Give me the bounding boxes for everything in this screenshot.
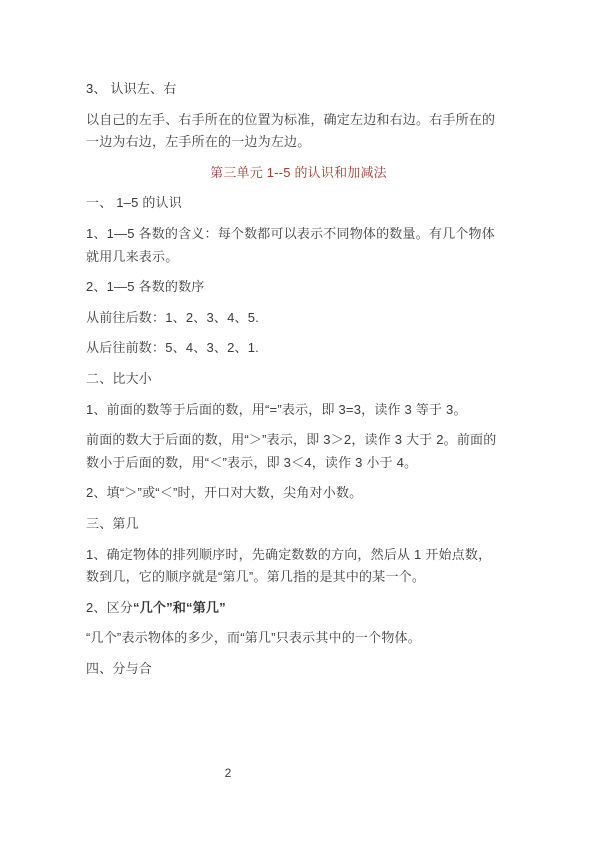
heading-know-left-right: 3、 认识左、右	[86, 78, 504, 101]
paragraph-equals-sign: 1、前面的数等于后面的数，用“=”表示，即 3=3，读作 3 等于 3。	[86, 399, 504, 422]
heading-section-4: 四、分与合	[86, 658, 504, 681]
document-page: 3、 认识左、右 以自己的左手、右手所在的位置为标准，确定左边和右边。右手所在的…	[0, 0, 595, 842]
heading-section-3: 三、第几	[86, 513, 504, 536]
paragraph-greater-less-sign: 前面的数大于后面的数，用“＞”表示，即 3＞2，读作 3 大于 2。前面的数小于…	[86, 429, 504, 474]
paragraph-ordinal-rule: 1、确定物体的排列顺序时，先确定数数的方向，然后从 1 开始点数，数到几，它的顺…	[86, 544, 504, 589]
page-number: 2	[210, 764, 246, 782]
paragraph-distinguish-bold: “几个”和“第几”	[133, 600, 226, 615]
unit-title: 第三单元 1--5 的认识和加减法	[86, 162, 511, 185]
paragraph-howmany-vs-ordinal: “几个”表示物体的多少，而“第几”只表示其中的一个物体。	[86, 627, 504, 650]
heading-section-1: 一、 1–5 的认识	[86, 192, 504, 215]
paragraph-distinguish-normal: 2、区分	[86, 600, 133, 615]
paragraph-count-backward: 从后往前数：5、4、3、2、1.	[86, 337, 504, 360]
paragraph-distinguish: 2、区分“几个”和“第几”	[86, 597, 504, 620]
paragraph-meaning-of-numbers: 1、1—5 各数的含义：每个数都可以表示不同物体的数量。有几个物体就用几来表示。	[86, 223, 504, 268]
paragraph-number-order: 2、1—5 各数的数序	[86, 276, 504, 299]
document-content: 3、 认识左、右 以自己的左手、右手所在的位置为标准，确定左边和右边。右手所在的…	[86, 78, 504, 688]
paragraph-left-right-rule: 以自己的左手、右手所在的位置为标准，确定左边和右边。右手所在的一边为右边，左手所…	[86, 109, 504, 154]
paragraph-count-forward: 从前往后数：1、2、3、4、5.	[86, 307, 504, 330]
heading-section-2: 二、比大小	[86, 368, 504, 391]
paragraph-fill-sign-rule: 2、填“＞”或“＜”时，开口对大数，尖角对小数。	[86, 482, 504, 505]
